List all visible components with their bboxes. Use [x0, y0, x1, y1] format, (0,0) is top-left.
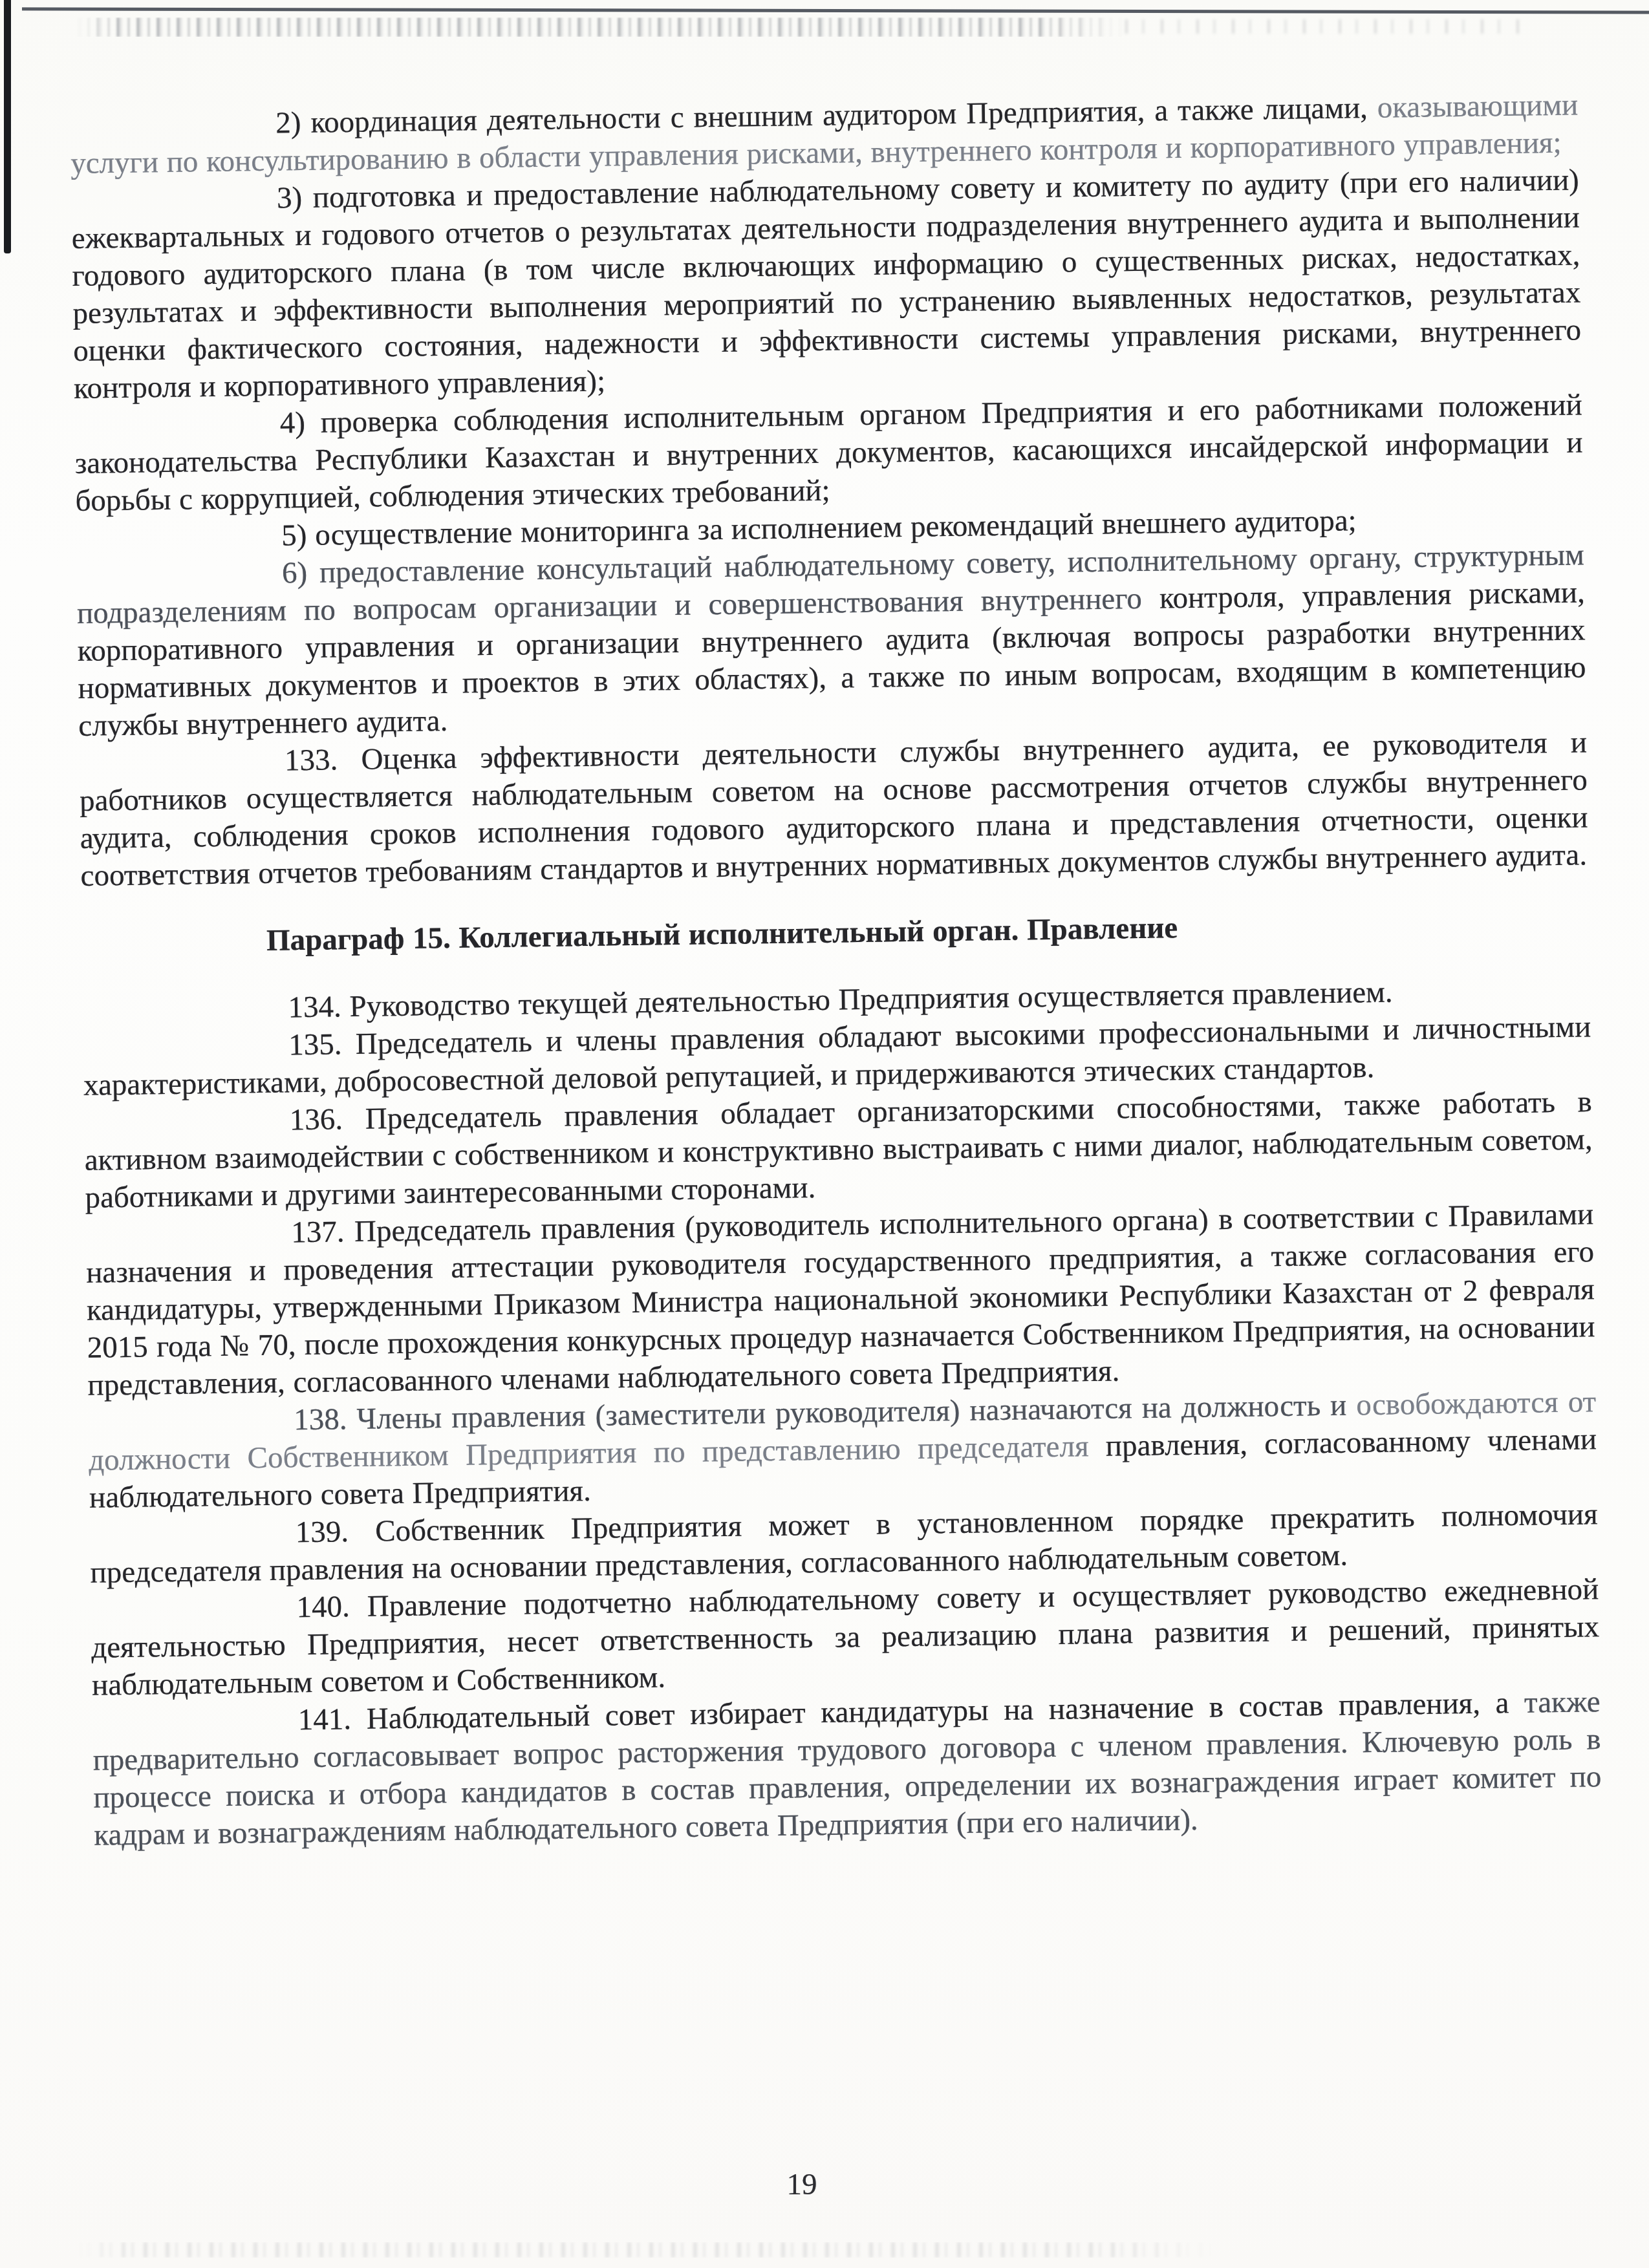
text-run: 137. Председатель правления (руководител…: [86, 1197, 1595, 1402]
section-heading: Параграф 15. Коллегиальный исполнительны…: [266, 903, 1590, 959]
scan-top-noise-artifact: [76, 17, 1124, 37]
scan-left-edge-bar-artifact: [4, 0, 11, 253]
text-run: 140. Правление подотчетно наблюдательном…: [91, 1572, 1599, 1702]
text-run: 133. Оценка эффективности деятельности с…: [80, 725, 1588, 893]
document-body: 2) координация деятельности с внешним ау…: [70, 86, 1602, 1854]
text-run: Параграф 15. Коллегиальный исполнительны…: [266, 911, 1178, 957]
paragraph: 140. Правление подотчетно наблюдательном…: [91, 1570, 1600, 1704]
scanned-page: { "page": { "number": "19", "paper_color…: [0, 0, 1649, 2268]
page-number: 19: [0, 2167, 1604, 2202]
paragraph: 6) предоставление консультаций наблюдате…: [76, 536, 1587, 745]
paragraph: 3) подготовка и предоставление наблюдате…: [71, 161, 1582, 407]
paragraph: 138. Члены правления (заместители руково…: [88, 1383, 1597, 1517]
text-run: 4) проверка соблюдения исполнительным ор…: [74, 388, 1582, 518]
paragraph: 136. Председатель правления обладает орг…: [84, 1083, 1593, 1217]
paragraph: 137. Председатель правления (руководител…: [85, 1195, 1596, 1404]
text-run: 136. Председатель правления обладает орг…: [84, 1085, 1592, 1215]
text-run: 3) подготовка и предоставление наблюдате…: [71, 163, 1581, 405]
scan-top-rule-artifact: [22, 7, 1649, 14]
paragraph: 141. Наблюдательный совет избирает канди…: [92, 1683, 1602, 1854]
paragraph: 4) проверка соблюдения исполнительным ор…: [74, 386, 1583, 520]
scan-top-noise-sparse-artifact: [1125, 19, 1526, 34]
paragraph: 133. Оценка эффективности деятельности с…: [79, 723, 1589, 895]
scan-bottom-noise-artifact: [78, 2242, 1216, 2258]
